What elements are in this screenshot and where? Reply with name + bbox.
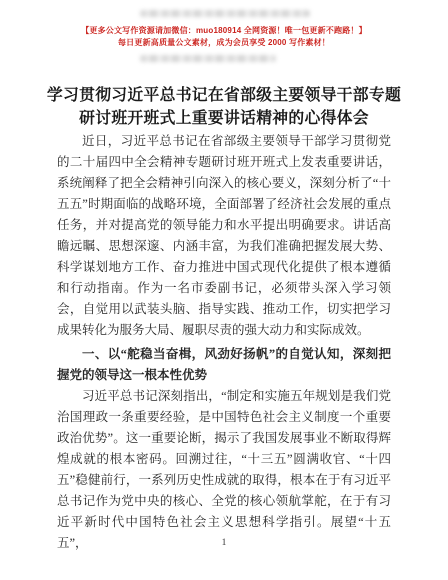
section-heading-1: 一、以“舵稳当奋楫，风劲好扬帆”的自觉认知，深刻把握党的领导这一根本性优势 bbox=[57, 344, 391, 386]
document-title: 学习贯彻习近平总书记在省部级主要领导干部专题研讨班开班式上重要讲话精神的心得体会 bbox=[44, 84, 404, 130]
faint-watermark-bottom bbox=[140, 55, 276, 62]
body-paragraph-1: 近日，习近平总书记在省部级主要领导干部学习贯彻党的二十届四中全会精神专题研讨班开… bbox=[57, 131, 391, 341]
document-body: 近日，习近平总书记在省部级主要领导干部学习贯彻党的二十届四中全会精神专题研讨班开… bbox=[57, 131, 391, 554]
page-number: 1 bbox=[0, 538, 448, 548]
faint-watermark-top bbox=[140, 10, 310, 17]
body-paragraph-2: 习近平总书记深刻指出，“制定和实施五年规划是我们党治国理政一条重要经验，是中国特… bbox=[57, 386, 391, 554]
promo-line-1: 【更多公文写作资源请加微信：muo180914 全网资源！唯一包更新不跑路！】 bbox=[0, 25, 448, 37]
promo-line-2: 每日更新高质量公文素材，成为会员享受 2000 写作素材！ bbox=[0, 37, 448, 49]
promo-banner: 【更多公文写作资源请加微信：muo180914 全网资源！唯一包更新不跑路！】 … bbox=[0, 25, 448, 48]
document-page: 【更多公文写作资源请加微信：muo180914 全网资源！唯一包更新不跑路！】 … bbox=[0, 0, 448, 580]
